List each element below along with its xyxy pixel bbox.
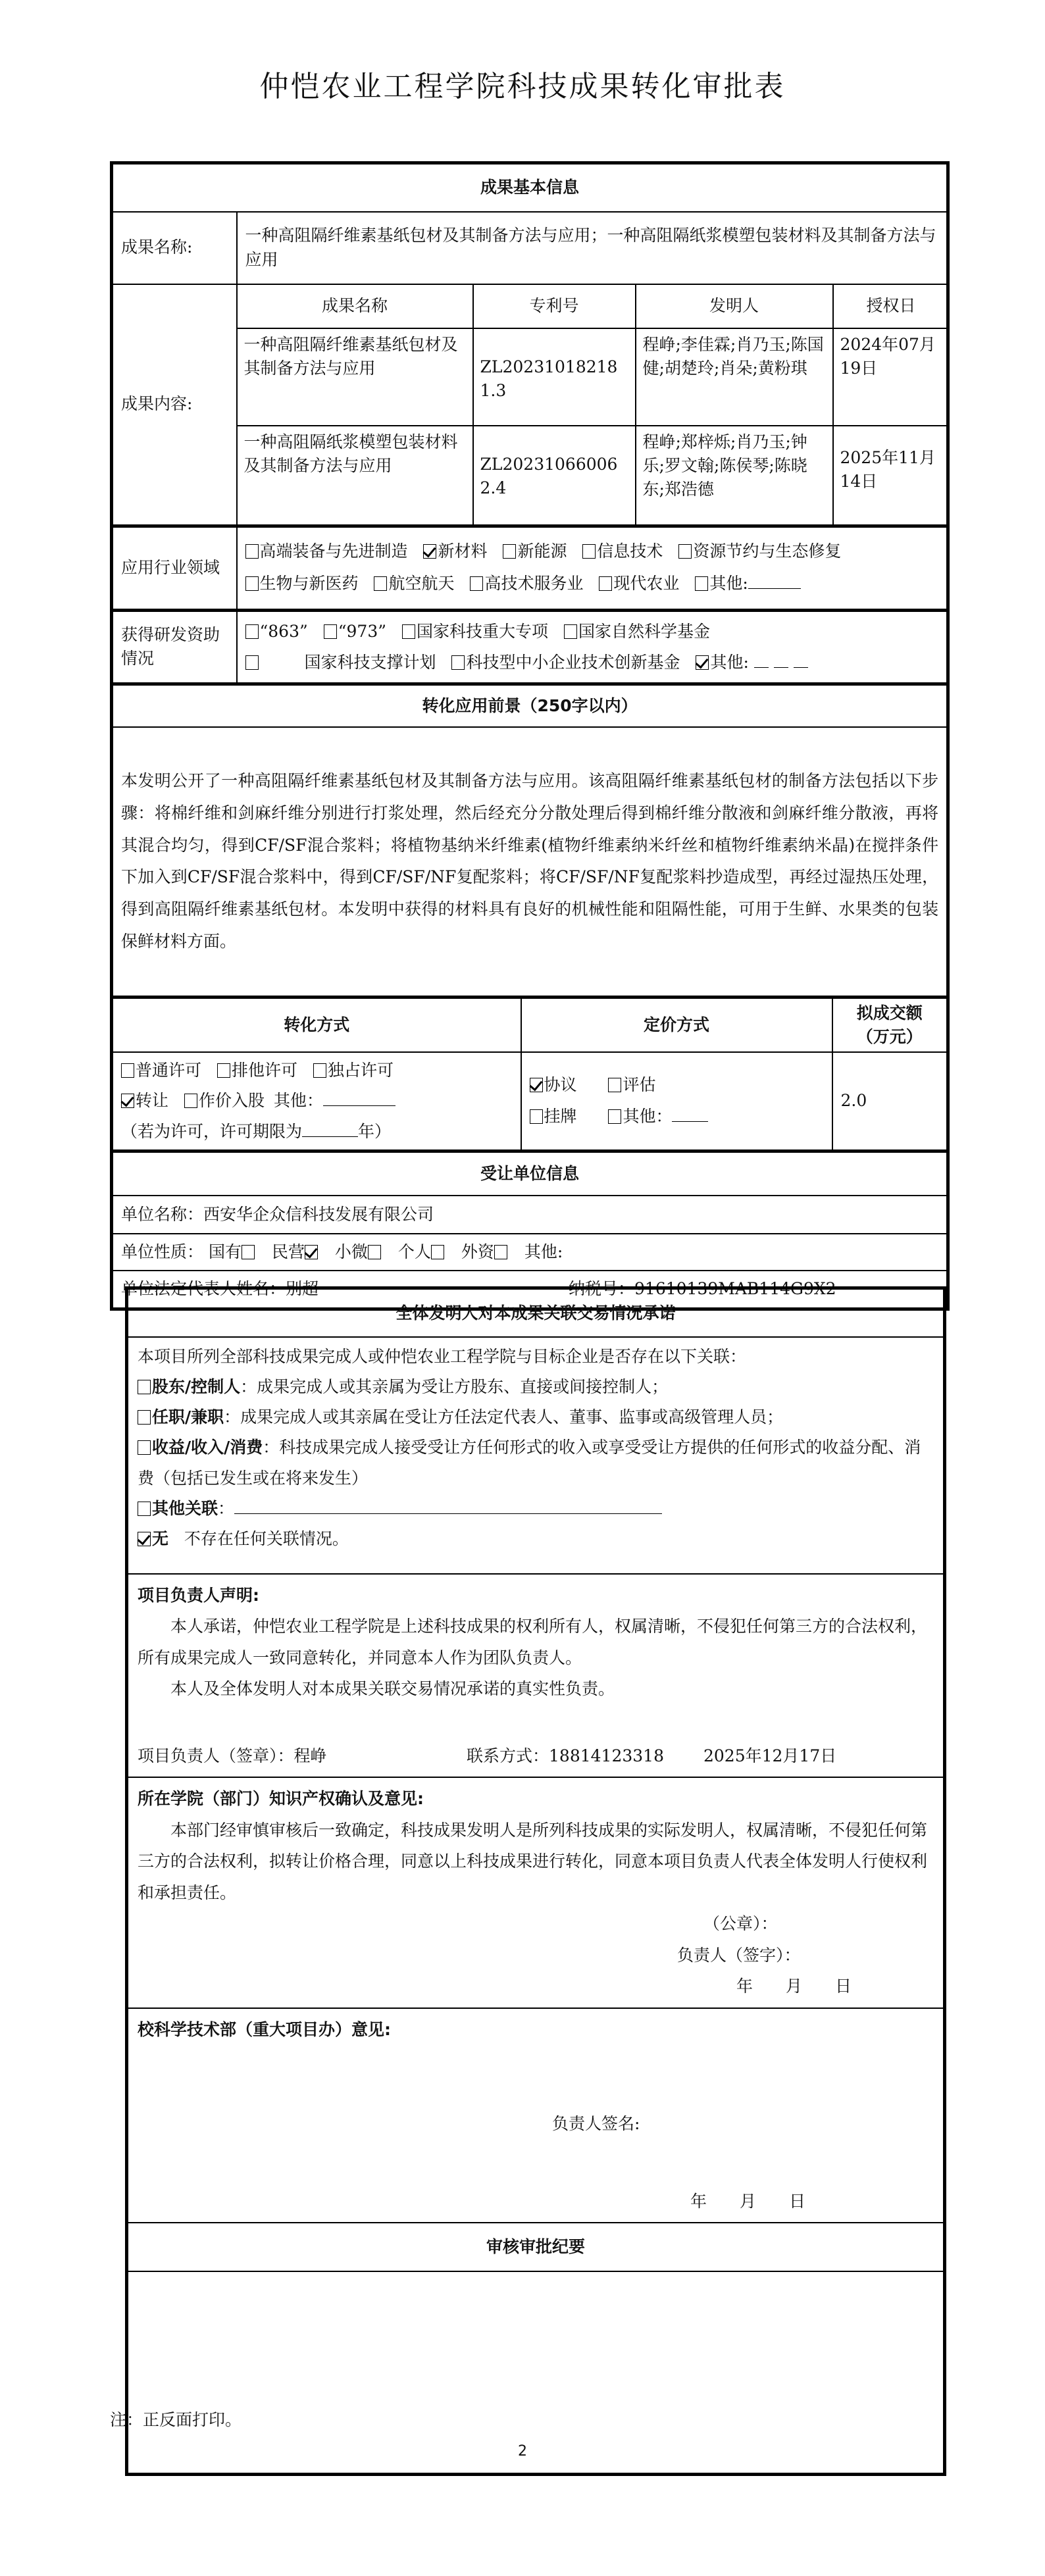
checkbox-industry-biomedicine[interactable]: 生物与新医药 bbox=[245, 568, 359, 600]
prospect-text[interactable]: 本发明公开了一种高阻隔纤维素基纸包材及其制备方法与应用。该高阻隔纤维素基纸包材的… bbox=[112, 727, 948, 997]
checkbox-icon bbox=[245, 544, 259, 559]
checked-checkbox-icon bbox=[696, 655, 709, 670]
checkbox-funding-nsfc[interactable]: 国家自然科学基金 bbox=[564, 616, 710, 647]
license-period-prefix: （若为许可，许可期限为 bbox=[121, 1122, 302, 1141]
checkbox-industry-advanced-manufacturing[interactable]: 高端装备与先进制造 bbox=[245, 536, 408, 568]
checkbox-icon bbox=[368, 1245, 381, 1259]
assignee-name-value[interactable]: 西安华企众信科技发展有限公司 bbox=[203, 1205, 434, 1224]
checkbox-icon bbox=[217, 1063, 230, 1078]
checkbox-icon bbox=[374, 576, 387, 591]
achievement-content-cell: 成果名称 专利号 发明人 授权日 一种高阻隔纤维素基纸包材及其制备方法与应用 Z… bbox=[237, 284, 948, 526]
pricing-options: 协议 评估 挂牌 其他： bbox=[521, 1052, 832, 1151]
commitment-item-other[interactable]: 其他关联： bbox=[138, 1494, 934, 1524]
checked-checkbox-icon bbox=[138, 1532, 151, 1546]
checkbox-icon bbox=[324, 624, 337, 639]
checkbox-nature-state-owned[interactable]: 国有 bbox=[209, 1240, 256, 1264]
checkbox-icon bbox=[121, 1063, 134, 1078]
patent-number: ZL202310660062.4 bbox=[473, 426, 636, 524]
checkbox-industry-new-energy[interactable]: 新能源 bbox=[503, 536, 567, 568]
leader-sign-value[interactable]: 程峥 bbox=[294, 1746, 327, 1765]
patent-name: 一种高阻隔纤维素基纸包材及其制备方法与应用 bbox=[238, 328, 473, 426]
patent-inventors: 程峥;李佳霖;肖乃玉;陈国健;胡楚玲;肖朵;黄粉琪 bbox=[636, 328, 833, 426]
checkbox-icon bbox=[245, 624, 259, 639]
leader-statement-para2: 本人及全体发明人对本成果关联交易情况承诺的真实性负责。 bbox=[138, 1673, 934, 1705]
contact-label: 联系方式： bbox=[467, 1746, 549, 1765]
license-period-input[interactable] bbox=[302, 1121, 358, 1137]
section-title-basic-info: 成果基本信息 bbox=[112, 163, 948, 212]
col-header-transfer-method: 转化方式 bbox=[112, 997, 521, 1052]
checkbox-icon bbox=[608, 1078, 621, 1092]
checkbox-icon bbox=[138, 1380, 151, 1394]
achievement-content-label: 成果内容: bbox=[112, 284, 237, 526]
col-header-amount: 拟成交额（万元） bbox=[832, 997, 948, 1052]
industry-options: 高端装备与先进制造 新材料 新能源 信息技术 资源节约与生态修复 生物与新医药 … bbox=[237, 526, 948, 610]
checkbox-nature-foreign[interactable]: 外资 bbox=[461, 1240, 509, 1264]
funding-label: 获得研发资助情况 bbox=[112, 610, 237, 684]
college-opinion-heading: 所在学院（部门）知识产权确认及意见: bbox=[138, 1783, 934, 1815]
checkbox-industry-resource-saving[interactable]: 资源节约与生态修复 bbox=[678, 536, 841, 568]
college-opinion-text: 本部门经审慎审核后一致确定，科技成果发明人是所列科技成果的实际发明人，权属清晰，… bbox=[138, 1815, 934, 1909]
checkbox-general-license[interactable]: 普通许可 bbox=[121, 1055, 201, 1086]
patent-name: 一种高阻隔纸浆模塑包装材料及其制备方法与应用 bbox=[238, 426, 473, 524]
document-title: 仲恺农业工程学院科技成果转化审批表 bbox=[0, 66, 1045, 108]
checkbox-icon bbox=[678, 544, 692, 559]
section-title-review: 审核审批纪要 bbox=[127, 2223, 945, 2271]
commitment-table: 全体发明人对本成果关联交易情况承诺 本项目所列全部科技成果完成人或仲恺农业工程学… bbox=[125, 1286, 946, 2476]
checkbox-industry-aerospace[interactable]: 航空航天 bbox=[374, 568, 454, 600]
checkbox-funding-support-plan[interactable]: 国家科技支撑计划 bbox=[245, 647, 436, 678]
checkbox-icon bbox=[564, 624, 577, 639]
col-header-patent-no: 专利号 bbox=[473, 285, 636, 328]
checkbox-pricing-evaluation[interactable]: 评估 bbox=[608, 1069, 655, 1101]
checkbox-funding-major-project[interactable]: 国家科技重大专项 bbox=[402, 616, 548, 647]
leader-statement-heading: 项目负责人声明: bbox=[138, 1580, 934, 1611]
checkbox-icon bbox=[582, 544, 596, 559]
checkbox-industry-new-materials[interactable]: 新材料 bbox=[423, 536, 487, 568]
checkbox-icon bbox=[138, 1440, 151, 1455]
patent-table: 成果名称 专利号 发明人 授权日 一种高阻隔纤维素基纸包材及其制备方法与应用 Z… bbox=[238, 285, 949, 524]
page-number: 2 bbox=[0, 2441, 1045, 2462]
section-title-assignee: 受让单位信息 bbox=[112, 1151, 948, 1196]
checkbox-equity[interactable]: 作价入股 bbox=[184, 1086, 265, 1116]
checkbox-funding-863[interactable]: “863” bbox=[245, 616, 308, 647]
license-period-suffix: 年） bbox=[358, 1122, 391, 1141]
checkbox-icon bbox=[451, 655, 465, 670]
assignee-nature-row: 单位性质： 国有 民营 小微 个人 外资 其他: bbox=[112, 1234, 948, 1271]
checked-checkbox-icon bbox=[530, 1078, 543, 1092]
table-row: 一种高阻隔纸浆模塑包装材料及其制备方法与应用 ZL202310660062.4 … bbox=[238, 426, 949, 524]
checkbox-icon bbox=[245, 655, 259, 670]
checkbox-icon bbox=[530, 1109, 543, 1124]
checkbox-icon bbox=[470, 576, 483, 591]
col-header-pricing-method: 定价方式 bbox=[521, 997, 832, 1052]
basic-info-table: 成果基本信息 成果名称: 一种高阻隔纤维素基纸包材及其制备方法与应用；一种高阻隔… bbox=[110, 161, 950, 1311]
school-opinion-heading: 校科学技术部（重大项目办）意见: bbox=[138, 2014, 934, 2046]
assignee-name-label: 单位名称： bbox=[121, 1205, 203, 1224]
checkbox-assignment[interactable]: 转让 bbox=[121, 1086, 168, 1116]
patent-inventors: 程峥;郑梓烁;肖乃玉;钟乐;罗文翰;陈侯琴;陈晓东;郑浩德 bbox=[636, 426, 833, 524]
checkbox-industry-modern-agriculture[interactable]: 现代农业 bbox=[599, 568, 679, 600]
funding-options: “863” “973” 国家科技重大专项 国家自然科学基金 国家科技支撑计划 科… bbox=[237, 610, 948, 684]
patent-grant-date: 2025年11月14日 bbox=[833, 426, 949, 524]
checkbox-icon bbox=[402, 624, 415, 639]
checkbox-icon bbox=[242, 1245, 255, 1259]
checkbox-icon bbox=[138, 1410, 151, 1425]
school-date-label[interactable]: 年 月 日 bbox=[138, 2186, 934, 2217]
school-sign-label[interactable]: 负责人签名: bbox=[138, 2108, 934, 2140]
college-seal-label[interactable]: （公章）： bbox=[138, 1908, 934, 1940]
method-other-input[interactable] bbox=[323, 1090, 395, 1106]
checkbox-exclusive-license[interactable]: 排他许可 bbox=[217, 1055, 297, 1086]
contact-value[interactable]: 18814123318 bbox=[549, 1746, 664, 1765]
checkbox-icon bbox=[138, 1502, 151, 1516]
commitment-item-income[interactable]: 收益/收入/消费：科技成果完成人接受受让方任何形式的收入或享受受让方提供的任何形… bbox=[138, 1432, 934, 1494]
checkbox-industry-it[interactable]: 信息技术 bbox=[582, 536, 663, 568]
col-header-grant-date: 授权日 bbox=[833, 285, 949, 328]
college-opinion: 所在学院（部门）知识产权确认及意见: 本部门经审慎审核后一致确定，科技成果发明人… bbox=[127, 1777, 945, 2008]
patent-grant-date: 2024年07月19日 bbox=[833, 328, 949, 426]
commitment-item-shareholder[interactable]: 股东/控制人：成果完成人或其亲属为受让方股东、直接或间接控制人； bbox=[138, 1372, 934, 1402]
checkbox-industry-hightech-services[interactable]: 高技术服务业 bbox=[470, 568, 583, 600]
checkbox-pricing-other[interactable]: 其他： bbox=[608, 1101, 708, 1133]
table-row: 一种高阻隔纤维素基纸包材及其制备方法与应用 ZL202310182181.3 程… bbox=[238, 328, 949, 426]
commitment-item-none[interactable]: 无 不存在任何关联情况。 bbox=[138, 1524, 934, 1554]
footer-note: 注：正反面打印。 bbox=[110, 2408, 242, 2432]
checkbox-icon bbox=[695, 576, 708, 591]
leader-sign-label: 项目负责人（签章）： bbox=[138, 1746, 294, 1765]
checkbox-nature-private[interactable]: 民营 bbox=[272, 1240, 319, 1264]
checkbox-icon bbox=[599, 576, 612, 591]
checkbox-nature-individual[interactable]: 个人 bbox=[398, 1240, 446, 1264]
assignee-nature-label: 单位性质： bbox=[121, 1242, 203, 1261]
industry-label: 应用行业领域 bbox=[112, 526, 237, 610]
checkbox-icon bbox=[494, 1245, 507, 1259]
commitment-intro: 本项目所列全部科技成果完成人或仲恺农业工程学院与目标企业是否存在以下关联： bbox=[138, 1342, 934, 1372]
assignee-name-row: 单位名称：西安华企众信科技发展有限公司 bbox=[112, 1196, 948, 1234]
commitment-item-employment[interactable]: 任职/兼职：成果完成人或其亲属在受让方任法定代表人、董事、监事或高级管理人员； bbox=[138, 1402, 934, 1432]
college-date-label[interactable]: 年 月 日 bbox=[138, 1971, 934, 2002]
checkbox-pricing-listing[interactable]: 挂牌 bbox=[530, 1101, 577, 1133]
checkbox-sole-license[interactable]: 独占许可 bbox=[313, 1055, 394, 1086]
checkbox-icon bbox=[184, 1094, 197, 1108]
college-sign-label[interactable]: 负责人（签字）： bbox=[138, 1940, 934, 1971]
leader-statement: 项目负责人声明: 本人承诺，仲恺农业工程学院是上述科技成果的权利所有人，权属清晰… bbox=[127, 1574, 945, 1778]
checked-checkbox-icon bbox=[305, 1245, 318, 1259]
checkbox-nature-small-micro[interactable]: 小微 bbox=[335, 1240, 382, 1264]
section-title-commitment: 全体发明人对本成果关联交易情况承诺 bbox=[127, 1288, 945, 1337]
school-opinion: 校科学技术部（重大项目办）意见: 负责人签名: 年 月 日 bbox=[127, 2008, 945, 2223]
checked-checkbox-icon bbox=[121, 1094, 134, 1108]
leader-statement-para1: 本人承诺，仲恺农业工程学院是上述科技成果的权利所有人，权属清晰，不侵犯任何第三方… bbox=[138, 1611, 934, 1673]
transfer-method-options: 普通许可 排他许可 独占许可 转让 作价入股 其他： （若为许可，许可期限为年） bbox=[112, 1052, 521, 1151]
col-header-name: 成果名称 bbox=[238, 285, 473, 328]
leader-sign-date[interactable]: 2025年12月17日 bbox=[703, 1746, 836, 1765]
section-title-prospect: 转化应用前景（250字以内） bbox=[112, 684, 948, 727]
amount-value[interactable]: 2.0 bbox=[832, 1052, 948, 1151]
checkbox-industry-other[interactable]: 其他: bbox=[695, 568, 800, 600]
checkbox-icon bbox=[608, 1109, 621, 1124]
checkbox-funding-973[interactable]: “973” bbox=[324, 616, 386, 647]
col-header-inventors: 发明人 bbox=[636, 285, 833, 328]
nature-other-label: 其他: bbox=[524, 1242, 563, 1261]
checkbox-icon bbox=[503, 544, 516, 559]
commitment-body: 本项目所列全部科技成果完成人或仲恺农业工程学院与目标企业是否存在以下关联： 股东… bbox=[127, 1337, 945, 1574]
achievement-name-value[interactable]: 一种高阻隔纤维素基纸包材及其制备方法与应用；一种高阻隔纸浆模塑包装材料及其制备方… bbox=[237, 212, 948, 284]
checkbox-funding-sme-innovation[interactable]: 科技型中小企业技术创新基金 bbox=[451, 647, 680, 678]
checkbox-pricing-agreement[interactable]: 协议 bbox=[530, 1069, 577, 1101]
method-other-label: 其他： bbox=[274, 1091, 323, 1110]
achievement-name-label: 成果名称: bbox=[112, 212, 237, 284]
checkbox-icon bbox=[245, 576, 259, 591]
checked-checkbox-icon bbox=[423, 544, 436, 559]
checkbox-icon bbox=[313, 1063, 326, 1078]
checkbox-funding-other[interactable]: 其他: bbox=[696, 647, 807, 678]
checkbox-icon bbox=[431, 1245, 444, 1259]
patent-number: ZL202310182181.3 bbox=[473, 328, 636, 426]
